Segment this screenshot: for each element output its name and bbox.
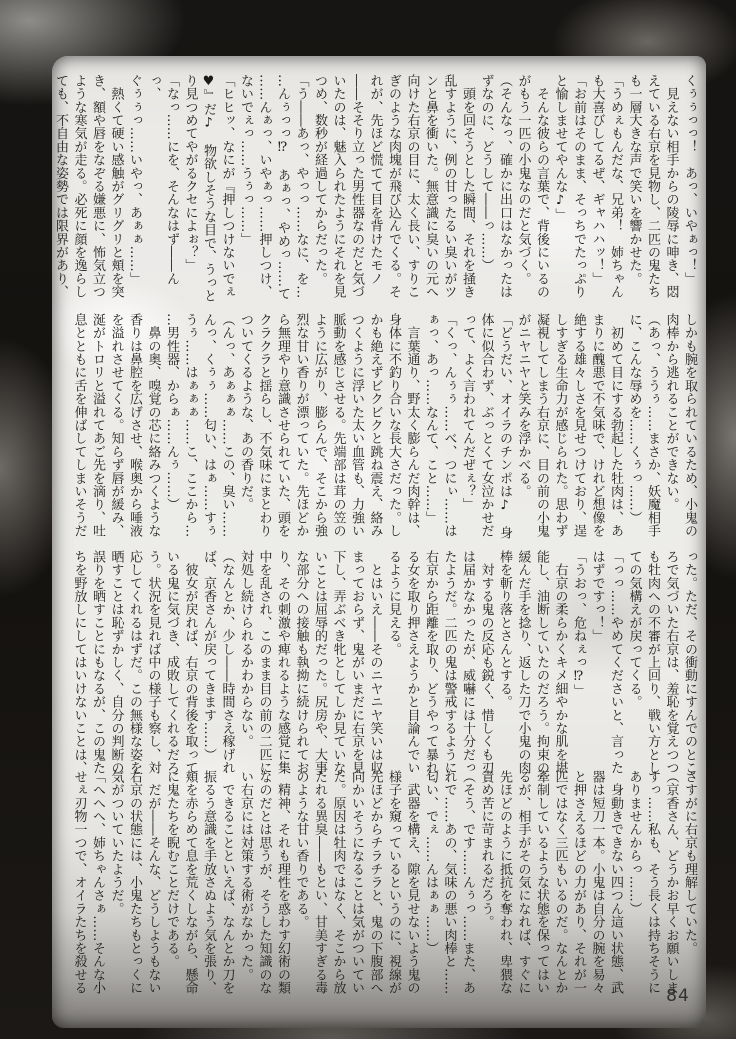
text-band-3: った。ただ、その衝動にすんでのとこ ろで気づいた右京は、羞恥を覚えつつ も牡肉へ… <box>66 550 698 780</box>
text-band-4: さすがに右京も理解していた。 （京香さん、どうかお早くお願いしま すっ……私も、… <box>66 770 698 1000</box>
text-band-2: しかも腕を取られているため、小鬼の 肉棒から逃れることができない。 （あっ、うう… <box>66 313 698 543</box>
book-page: くぅぅっっ！ あっ、いやぁっ！」 見えない相手からの陵辱に呻き、悶 えている右京… <box>52 56 706 1028</box>
page-number: 84 <box>648 986 708 1006</box>
text-band-1: くぅぅっっ！ あっ、いやぁっ！」 見えない相手からの陵辱に呻き、悶 えている右京… <box>66 74 698 304</box>
